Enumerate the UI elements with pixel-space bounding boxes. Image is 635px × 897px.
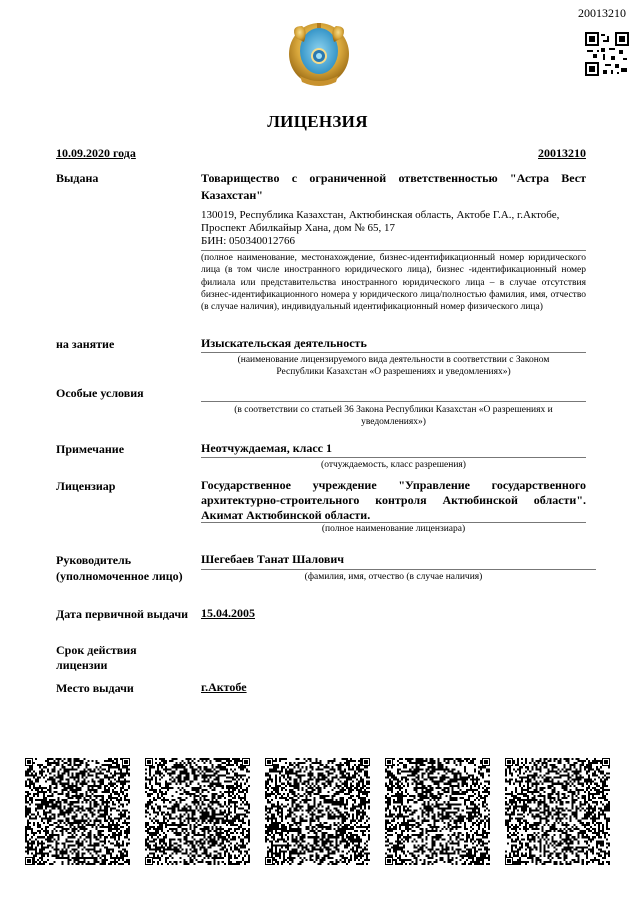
activity-label: на занятие [56, 336, 114, 353]
head-label-line1: Руководитель [56, 552, 131, 569]
divider [201, 352, 586, 353]
licensee-name: Товарищество с ограниченной ответственно… [201, 170, 586, 204]
issued-to-block: Товарищество с ограниченной ответственно… [201, 170, 586, 248]
divider [201, 250, 586, 251]
activity-hint: (наименование лицензируемого вида деятел… [201, 354, 586, 378]
first-issue-date-value: 15.04.2005 [201, 606, 255, 621]
head-value: Шегебаев Танат Шалович [201, 552, 344, 567]
head-hint: (фамилия, имя, отчество (в случае наличи… [201, 571, 586, 583]
special-conditions-label: Особые условия [56, 385, 144, 402]
licensor-value: Государственное учреждение "Управление г… [201, 478, 586, 523]
licensor-label: Лицензиар [56, 478, 115, 495]
license-number: 20013210 [538, 146, 586, 161]
qr-code-icon [25, 758, 130, 865]
note-hint: (отчуждаемость, класс разрешения) [201, 459, 586, 471]
divider [201, 457, 586, 458]
note-value: Неотчуждаемая, класс 1 [201, 441, 332, 456]
document-title: ЛИЦЕНЗИЯ [0, 112, 635, 132]
kazakhstan-state-emblem-icon [282, 18, 356, 92]
qr-code-icon [505, 758, 610, 865]
qr-code-icon [585, 32, 629, 76]
qr-code-icon [145, 758, 250, 865]
validity-label-line2: лицензии [56, 657, 107, 674]
qr-code-icon [265, 758, 370, 865]
first-issue-date-label: Дата первичной выдачи [56, 606, 188, 623]
activity-value: Изыскательская деятельность [201, 336, 367, 351]
footer-qr-codes [25, 758, 610, 865]
place-of-issue-label: Место выдачи [56, 680, 134, 697]
divider [201, 401, 586, 402]
licensee-address-line1: 130019, Республика Казахстан, Актюбинска… [201, 209, 586, 222]
place-of-issue-value: г.Актобе [201, 680, 247, 695]
licensee-bin: БИН: 050340012766 [201, 235, 586, 248]
licensor-hint: (полное наименование лицензиара) [201, 523, 586, 535]
issue-date: 10.09.2020 года [56, 146, 136, 161]
divider [201, 569, 596, 570]
issued-to-hint: (полное наименование, местонахождение, б… [201, 252, 586, 313]
qr-code-icon [385, 758, 490, 865]
licensee-address-line2: Проспект Абилкайыр Хана, дом № 65, 17 [201, 222, 586, 235]
document-number-top: 20013210 [578, 6, 626, 21]
special-conditions-hint: (в соответствии со статьей 36 Закона Рес… [201, 404, 586, 428]
note-label: Примечание [56, 441, 124, 458]
head-label-line2: (уполномоченное лицо) [56, 568, 183, 585]
issued-to-label: Выдана [56, 170, 98, 187]
